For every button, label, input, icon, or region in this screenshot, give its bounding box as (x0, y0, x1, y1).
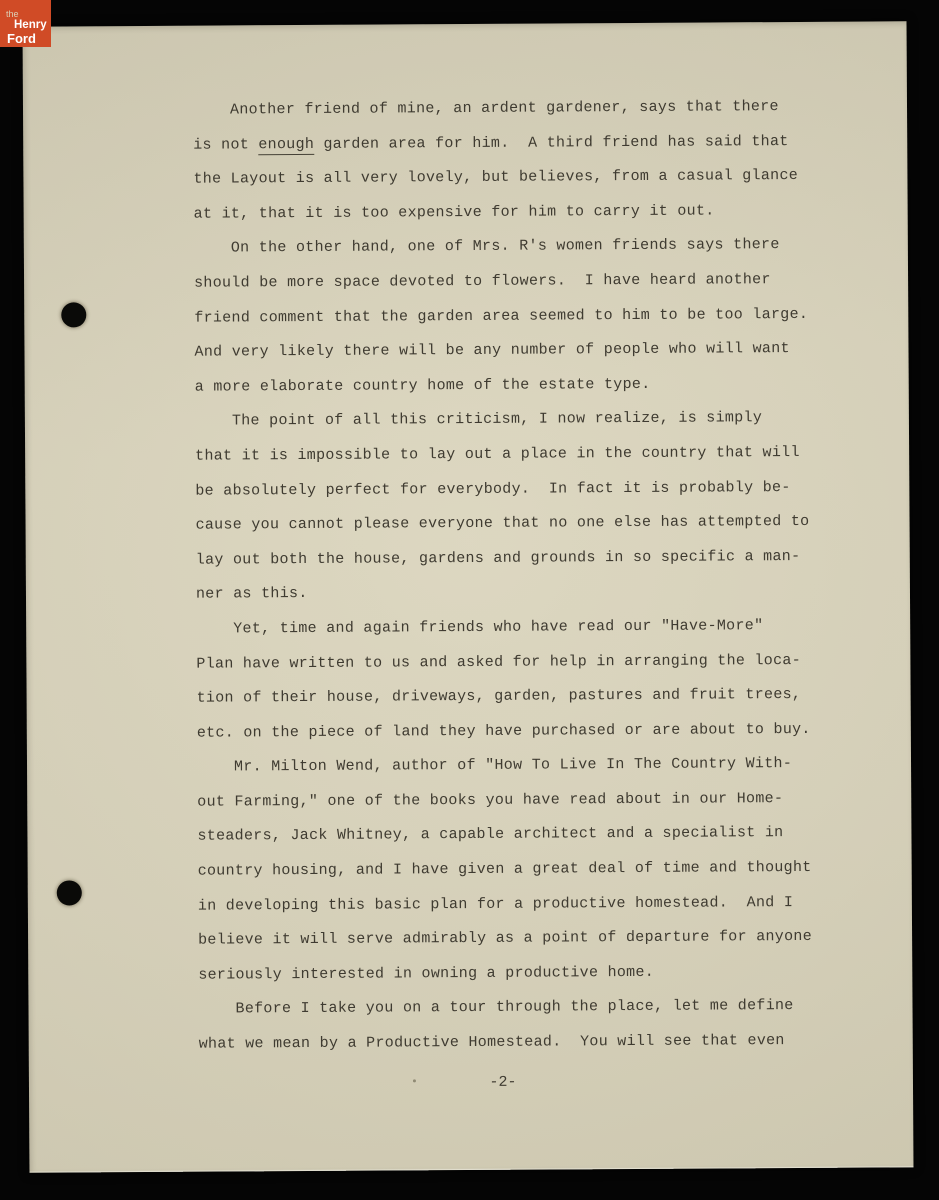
document-page: Another friend of mine, an ardent garden… (23, 21, 914, 1172)
text-segment: the Layout is all very lovely, but belie… (193, 167, 798, 188)
text-line: Mr. Milton Wend, author of "How To Live … (197, 747, 803, 785)
text-segment: a more elaborate country home of the est… (195, 376, 651, 396)
henry-ford-logo: the Henry Ford (0, 0, 51, 47)
text-line: a more elaborate country home of the est… (195, 367, 801, 405)
text-segment: in developing this basic plan for a prod… (198, 894, 793, 915)
text-line: Another friend of mine, an ardent garden… (193, 90, 799, 128)
text-segment: steaders, Jack Whitney, a capable archit… (197, 825, 783, 846)
text-segment: is not (193, 136, 258, 153)
text-segment: Before I take you on a tour through the … (235, 997, 793, 1017)
text-segment: believe it will serve admirably as a poi… (198, 928, 812, 949)
text-segment: Plan have written to us and asked for he… (196, 651, 801, 672)
text-segment: ner as this. (196, 585, 308, 603)
text-line: seriously interested in owning a product… (198, 955, 804, 993)
text-line: The point of all this criticism, I now r… (195, 401, 801, 439)
text-line: is not enough garden area for him. A thi… (193, 125, 799, 163)
page-number: -2- (207, 1064, 799, 1102)
text-line: Before I take you on a tour through the … (198, 989, 804, 1027)
text-segment: country housing, and I have given a grea… (198, 859, 812, 880)
text-line: at it, that it is too expensive for him … (194, 194, 800, 232)
text-segment: seriously interested in owning a product… (198, 964, 654, 984)
text-line: lay out both the house, gardens and grou… (196, 540, 802, 578)
underlined-word: enough (258, 136, 314, 155)
text-line: in developing this basic plan for a prod… (198, 886, 804, 924)
text-line: out Farming," one of the books you have … (197, 782, 803, 820)
text-line: country housing, and I have given a grea… (198, 851, 804, 889)
text-segment: On the other hand, one of Mrs. R's women… (231, 236, 780, 256)
text-segment: And very likely there will be any number… (194, 340, 789, 361)
logo-text-ford: Ford (7, 31, 36, 46)
text-segment: tion of their house, driveways, garden, … (197, 686, 802, 707)
text-line: believe it will serve admirably as a poi… (198, 920, 804, 958)
text-line: that it is impossible to lay out a place… (195, 436, 801, 474)
text-line: what we mean by a Productive Homestead. … (199, 1024, 805, 1062)
text-line: On the other hand, one of Mrs. R's women… (194, 228, 800, 266)
scan-background: Another friend of mine, an ardent garden… (0, 0, 939, 1200)
text-segment: etc. on the piece of land they have purc… (197, 721, 811, 742)
punch-hole-top (61, 302, 86, 327)
text-line: tion of their house, driveways, garden, … (197, 678, 803, 716)
text-segment: out Farming," one of the books you have … (197, 790, 783, 811)
logo-text-henry: Henry (14, 19, 47, 31)
text-segment: lay out both the house, gardens and grou… (196, 548, 801, 569)
text-line: be absolutely perfect for everybody. In … (195, 470, 801, 508)
text-line: Yet, time and again friends who have rea… (196, 609, 802, 647)
text-segment: Yet, time and again friends who have rea… (233, 617, 763, 637)
text-segment: Another friend of mine, an ardent garden… (230, 98, 779, 118)
typewritten-text: Another friend of mine, an ardent garden… (193, 90, 805, 1062)
text-segment: that it is impossible to lay out a place… (195, 444, 800, 465)
text-line: should be more space devoted to flowers.… (194, 263, 800, 301)
text-segment: friend comment that the garden area seem… (194, 305, 808, 326)
text-line: Plan have written to us and asked for he… (196, 643, 802, 681)
logo-text-the: the (6, 9, 19, 19)
text-line: the Layout is all very lovely, but belie… (193, 159, 799, 197)
text-segment: The point of all this criticism, I now r… (232, 410, 762, 430)
text-segment: what we mean by a Productive Homestead. … (199, 1032, 785, 1053)
text-segment: should be more space devoted to flowers.… (194, 271, 771, 292)
punch-hole-bottom (57, 880, 82, 905)
text-line: friend comment that the garden area seem… (194, 298, 800, 336)
text-line: And very likely there will be any number… (194, 332, 800, 370)
text-segment: cause you cannot please everyone that no… (196, 513, 810, 534)
text-line: etc. on the piece of land they have purc… (197, 713, 803, 751)
text-line: ner as this. (196, 574, 802, 612)
text-segment: garden area for him. A third friend has … (314, 133, 788, 153)
text-segment: be absolutely perfect for everybody. In … (195, 479, 790, 500)
text-segment: Mr. Milton Wend, author of "How To Live … (234, 755, 792, 775)
text-line: steaders, Jack Whitney, a capable archit… (197, 816, 803, 854)
text-line: cause you cannot please everyone that no… (195, 505, 801, 543)
text-segment: at it, that it is too expensive for him … (194, 202, 715, 222)
